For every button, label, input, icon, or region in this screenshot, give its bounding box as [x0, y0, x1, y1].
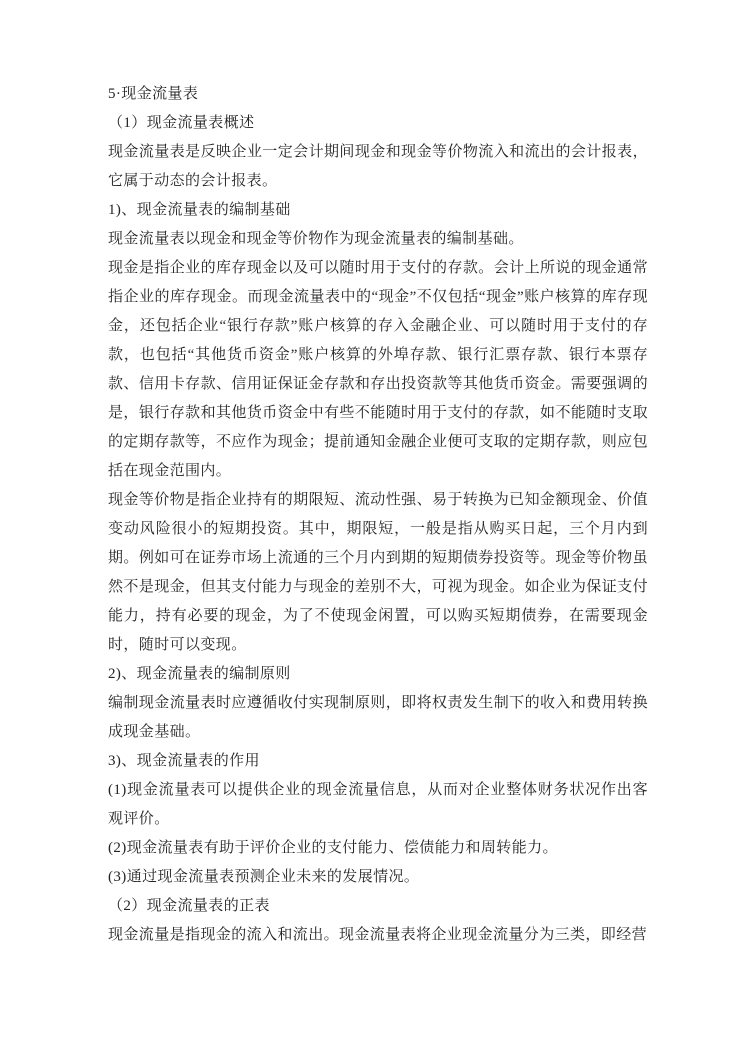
subsection-heading-main-table: （2）现金流量表的正表	[108, 892, 648, 921]
list-item-function-2: (2)现金流量表有助于评价企业的支付能力、偿债能力和周转能力。	[108, 834, 648, 863]
subsection-heading-overview: （1）现金流量表概述	[108, 109, 648, 138]
list-item-function-3: (3)通过现金流量表预测企业未来的发展情况。	[108, 863, 648, 892]
paragraph-preparation-basis: 现金流量表以现金和现金等价物作为现金流量表的编制基础。	[108, 225, 648, 254]
subheading-preparation-principle: 2)、现金流量表的编制原则	[108, 660, 648, 689]
subheading-functions: 3)、现金流量表的作用	[108, 747, 648, 776]
paragraph-cash-flow-categories: 现金流量是指现金的流入和流出。现金流量表将企业现金流量分为三类，即经营	[108, 921, 648, 950]
list-item-function-1: (1)现金流量表可以提供企业的现金流量信息，从而对企业整体财务状况作出客观评价。	[108, 776, 648, 834]
paragraph-cash-definition: 现金是指企业的库存现金以及可以随时用于支付的存款。会计上所说的现金通常指企业的库…	[108, 254, 648, 486]
paragraph-cash-equivalents: 现金等价物是指企业持有的期限短、流动性强、易于转换为已知金额现金、价值变动风险很…	[108, 486, 648, 660]
section-title-cash-flow-statement: 5·现金流量表	[108, 80, 648, 109]
paragraph-definition: 现金流量表是反映企业一定会计期间现金和现金等价物流入和流出的会计报表，它属于动态…	[108, 138, 648, 196]
document-text-block: 5·现金流量表 （1）现金流量表概述 现金流量表是反映企业一定会计期间现金和现金…	[108, 80, 648, 950]
paragraph-preparation-principle: 编制现金流量表时应遵循收付实现制原则，即将权责发生制下的收入和费用转换成现金基础…	[108, 689, 648, 747]
subheading-preparation-basis: 1)、现金流量表的编制基础	[108, 196, 648, 225]
document-page: 5·现金流量表 （1）现金流量表概述 现金流量表是反映企业一定会计期间现金和现金…	[0, 0, 744, 1052]
